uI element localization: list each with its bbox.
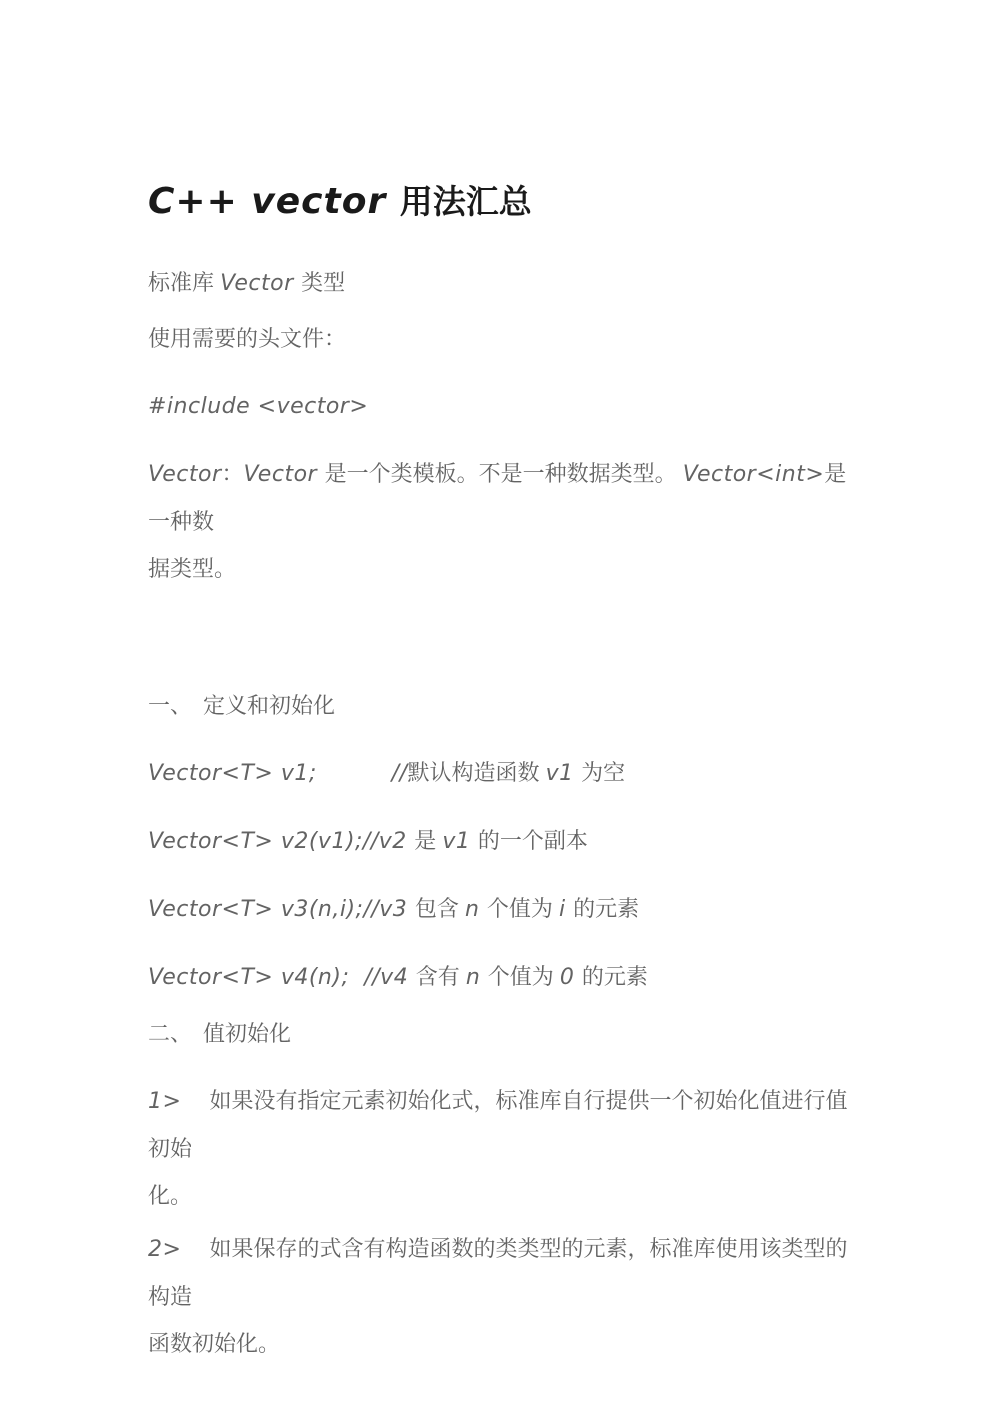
text-line: 使用需要的头文件：: [148, 315, 848, 362]
section-heading-value-init: 二、 值初始化: [148, 1010, 848, 1057]
text-run: 的元素: [573, 896, 639, 921]
paragraph-item-2: 2> 如果保存的式含有构造函数的类类型的元素，标准库使用该类型的构造 函数初始化…: [148, 1225, 848, 1367]
code-line: Vector<T> v1; //默认构造函数 v1 为空: [148, 749, 848, 797]
text-run: 据类型。: [148, 556, 236, 581]
text-line: 函数初始化。: [148, 1320, 848, 1367]
text-line: 二、 值初始化: [148, 1010, 848, 1057]
text-run: n: [466, 965, 488, 990]
text-run: 类型: [301, 270, 345, 295]
text-run: 0: [560, 965, 582, 990]
text-run: v1: [442, 829, 478, 854]
text-run: 二、 值初始化: [148, 1021, 291, 1046]
text-run: Vector<T> v3(n,i);//v3: [148, 897, 415, 922]
paragraph-code-v2: Vector<T> v2(v1);//v2 是 v1 的一个副本: [148, 817, 848, 865]
text-run: 的一个副本: [478, 828, 588, 853]
text-run: 个值为: [487, 896, 559, 921]
text-run: 一、 定义和初始化: [148, 693, 335, 718]
text-run: i: [559, 897, 573, 922]
page-title: C++ vector 用法汇总: [148, 180, 848, 225]
paragraph-include: #include <vector>: [148, 382, 848, 430]
text-run: v1: [546, 761, 582, 786]
empty-paragraph: [148, 612, 848, 659]
text-run: Vector<int>: [683, 462, 825, 487]
code-line: Vector<T> v4(n); //v4 含有 n 个值为 0 的元素: [148, 953, 848, 1001]
text-run: Vector<T> v4(n); //v4: [148, 965, 416, 990]
section-heading-definition: 一、 定义和初始化: [148, 682, 848, 729]
text-run: 2>: [148, 1237, 181, 1262]
text-run: 化。: [148, 1183, 192, 1208]
text-run: Vector<T> v2(v1);//v2: [148, 829, 414, 854]
paragraph-header-file: 使用需要的头文件：: [148, 315, 848, 362]
paragraph-item-1: 1> 如果没有指定元素初始化式，标准库自行提供一个初始化值进行值初始 化。: [148, 1077, 848, 1219]
text-run: #include <vector>: [148, 394, 368, 419]
text-run: Vector<T> v1; //: [148, 761, 408, 786]
text-run: 个值为: [488, 964, 560, 989]
text-run: 1>: [148, 1089, 181, 1114]
text-line: 化。: [148, 1172, 848, 1219]
paragraph-code-v1: Vector<T> v1; //默认构造函数 v1 为空: [148, 749, 848, 797]
code-line: #include <vector>: [148, 382, 848, 430]
text-run: 用法汇总: [400, 185, 532, 221]
text-line: 1> 如果没有指定元素初始化式，标准库自行提供一个初始化值进行值初始: [148, 1077, 848, 1172]
text-run: 默认构造函数: [408, 760, 546, 785]
text-run: 如果没有指定元素初始化式，标准库自行提供一个初始化值进行值初始: [148, 1088, 848, 1161]
text-line: 标准库 Vector 类型: [148, 259, 848, 307]
text-run: Vector: [220, 271, 301, 296]
paragraph-vector-explain: Vector：Vector 是一个类模板。不是一种数据类型。 Vector<in…: [148, 450, 848, 592]
text-run: 是一个类模板。不是一种数据类型。: [325, 461, 683, 486]
text-line: Vector：Vector 是一个类模板。不是一种数据类型。 Vector<in…: [148, 450, 848, 545]
text-run: 使用需要的头文件：: [148, 326, 346, 351]
text-run: Vector: [244, 462, 325, 487]
text-run: C++ vector: [148, 181, 400, 222]
text-run: 包含: [415, 896, 465, 921]
text-run: 函数初始化。: [148, 1331, 280, 1356]
text-line: 2> 如果保存的式含有构造函数的类类型的元素，标准库使用该类型的构造: [148, 1225, 848, 1320]
text-run: ：: [222, 461, 244, 486]
paragraph-standard-library: 标准库 Vector 类型: [148, 259, 848, 307]
text-run: 是: [414, 828, 442, 853]
text-run: 含有: [416, 964, 466, 989]
text-line: 据类型。: [148, 545, 848, 592]
text-run: 的元素: [582, 964, 648, 989]
text-run: 为空: [581, 760, 625, 785]
code-line: Vector<T> v3(n,i);//v3 包含 n 个值为 i 的元素: [148, 885, 848, 933]
text-run: 标准库: [148, 270, 220, 295]
paragraph-code-v3: Vector<T> v3(n,i);//v3 包含 n 个值为 i 的元素: [148, 885, 848, 933]
paragraph-code-v4: Vector<T> v4(n); //v4 含有 n 个值为 0 的元素: [148, 953, 848, 1001]
text-run: Vector: [148, 462, 222, 487]
document-page: C++ vector 用法汇总 标准库 Vector 类型 使用需要的头文件： …: [0, 0, 993, 1404]
text-line: 一、 定义和初始化: [148, 682, 848, 729]
code-line: Vector<T> v2(v1);//v2 是 v1 的一个副本: [148, 817, 848, 865]
text-run: n: [465, 897, 487, 922]
text-run: 如果保存的式含有构造函数的类类型的元素，标准库使用该类型的构造: [148, 1236, 848, 1309]
